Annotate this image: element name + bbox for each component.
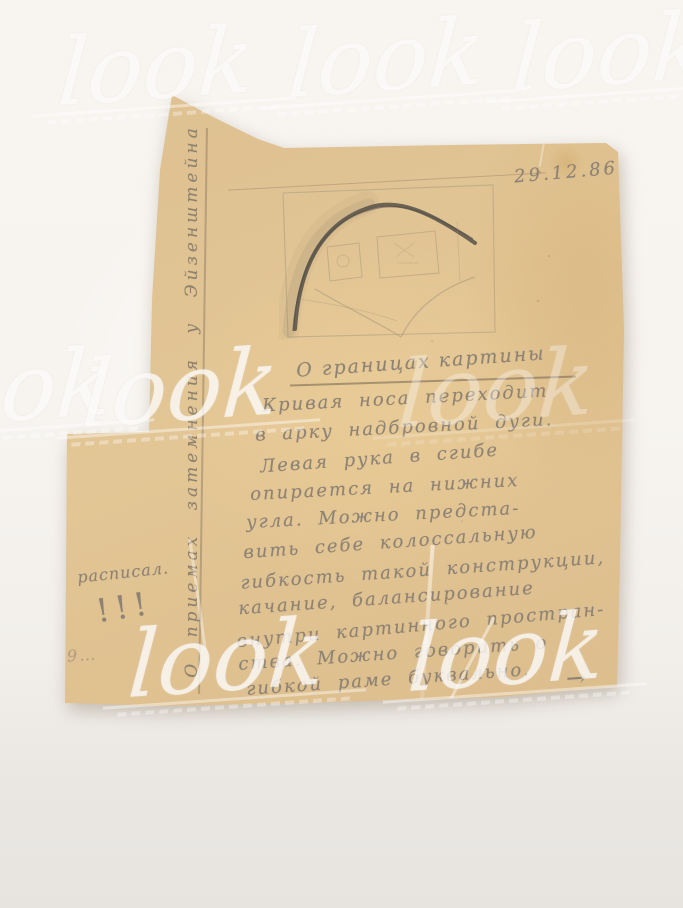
photo-backdrop: 29.12.86 О границах картины Кривая носа … <box>0 0 683 908</box>
paper-shadow-wrap: 29.12.86 О границах картины Кривая носа … <box>0 0 683 908</box>
margin-note-faint: х9… <box>55 645 97 667</box>
paper: 29.12.86 О границах картины Кривая носа … <box>0 0 683 908</box>
pencil-sketch <box>279 181 497 339</box>
arrow-annotation: → <box>565 663 587 692</box>
vertical-margin-note: О приемах затемнения у Эйзенштейна <box>182 111 208 691</box>
